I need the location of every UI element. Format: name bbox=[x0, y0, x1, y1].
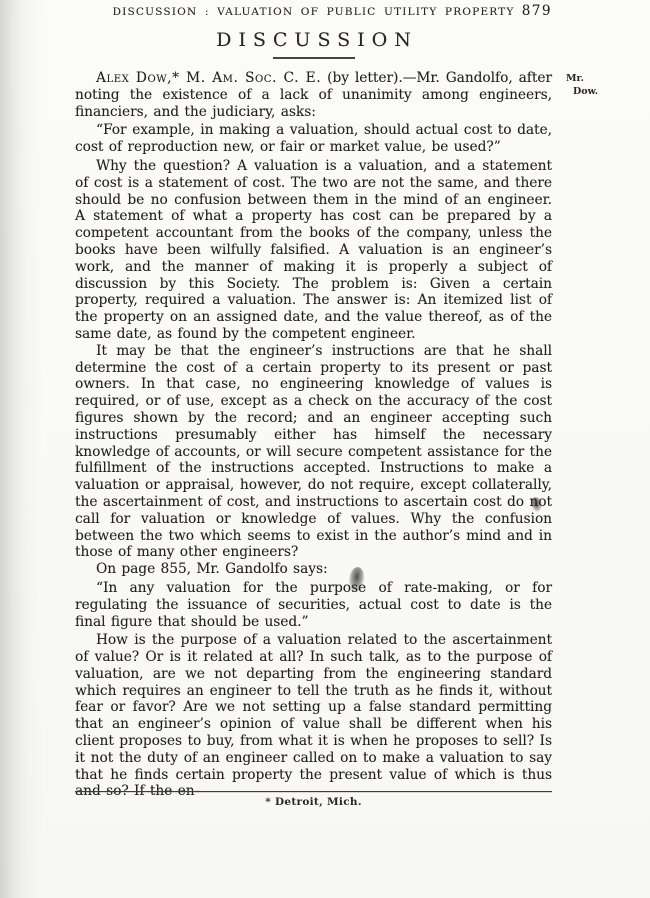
title-rule bbox=[273, 57, 355, 59]
block-quote: “In any valuation for the purpose of rat… bbox=[75, 580, 552, 630]
scanned-page: DISCUSSION : VALUATION OF PUBLIC UTILITY… bbox=[0, 0, 650, 898]
paragraph: How is the purpose of a valuation relate… bbox=[75, 632, 552, 800]
footnote-area: * Detroit, Mich. bbox=[75, 791, 552, 808]
block-quote: “For example, in making a valuation, sho… bbox=[75, 122, 552, 156]
running-head: DISCUSSION : VALUATION OF PUBLIC UTILITY… bbox=[75, 0, 552, 18]
margin-note: Mr. Dow. bbox=[566, 72, 598, 98]
margin-note-line1: Mr. bbox=[566, 72, 598, 85]
running-title: DISCUSSION : VALUATION OF PUBLIC UTILITY… bbox=[113, 6, 515, 18]
body-text: Alex Dow,* M. Am. Soc. C. E. (by letter)… bbox=[75, 70, 552, 800]
paragraph: Why the question? A valuation is a valua… bbox=[75, 158, 552, 343]
scan-edge-shadow bbox=[0, 0, 44, 898]
footnote-rule bbox=[75, 791, 552, 792]
footnote: * Detroit, Mich. bbox=[75, 796, 552, 808]
paragraph: Alex Dow,* M. Am. Soc. C. E. (by letter)… bbox=[75, 70, 552, 120]
text-block: DISCUSSION : VALUATION OF PUBLIC UTILITY… bbox=[75, 0, 552, 800]
margin-note-line2: Dow. bbox=[566, 85, 598, 98]
paragraph: On page 855, Mr. Gandolfo says: bbox=[75, 561, 552, 578]
author-name-smallcaps: Alex Dow,* M. Am. Soc. C. E. bbox=[96, 70, 321, 86]
paragraph: It may be that the engineer’s instructio… bbox=[75, 343, 552, 561]
section-title: DISCUSSION bbox=[75, 29, 552, 51]
page-number: 879 bbox=[522, 3, 552, 19]
